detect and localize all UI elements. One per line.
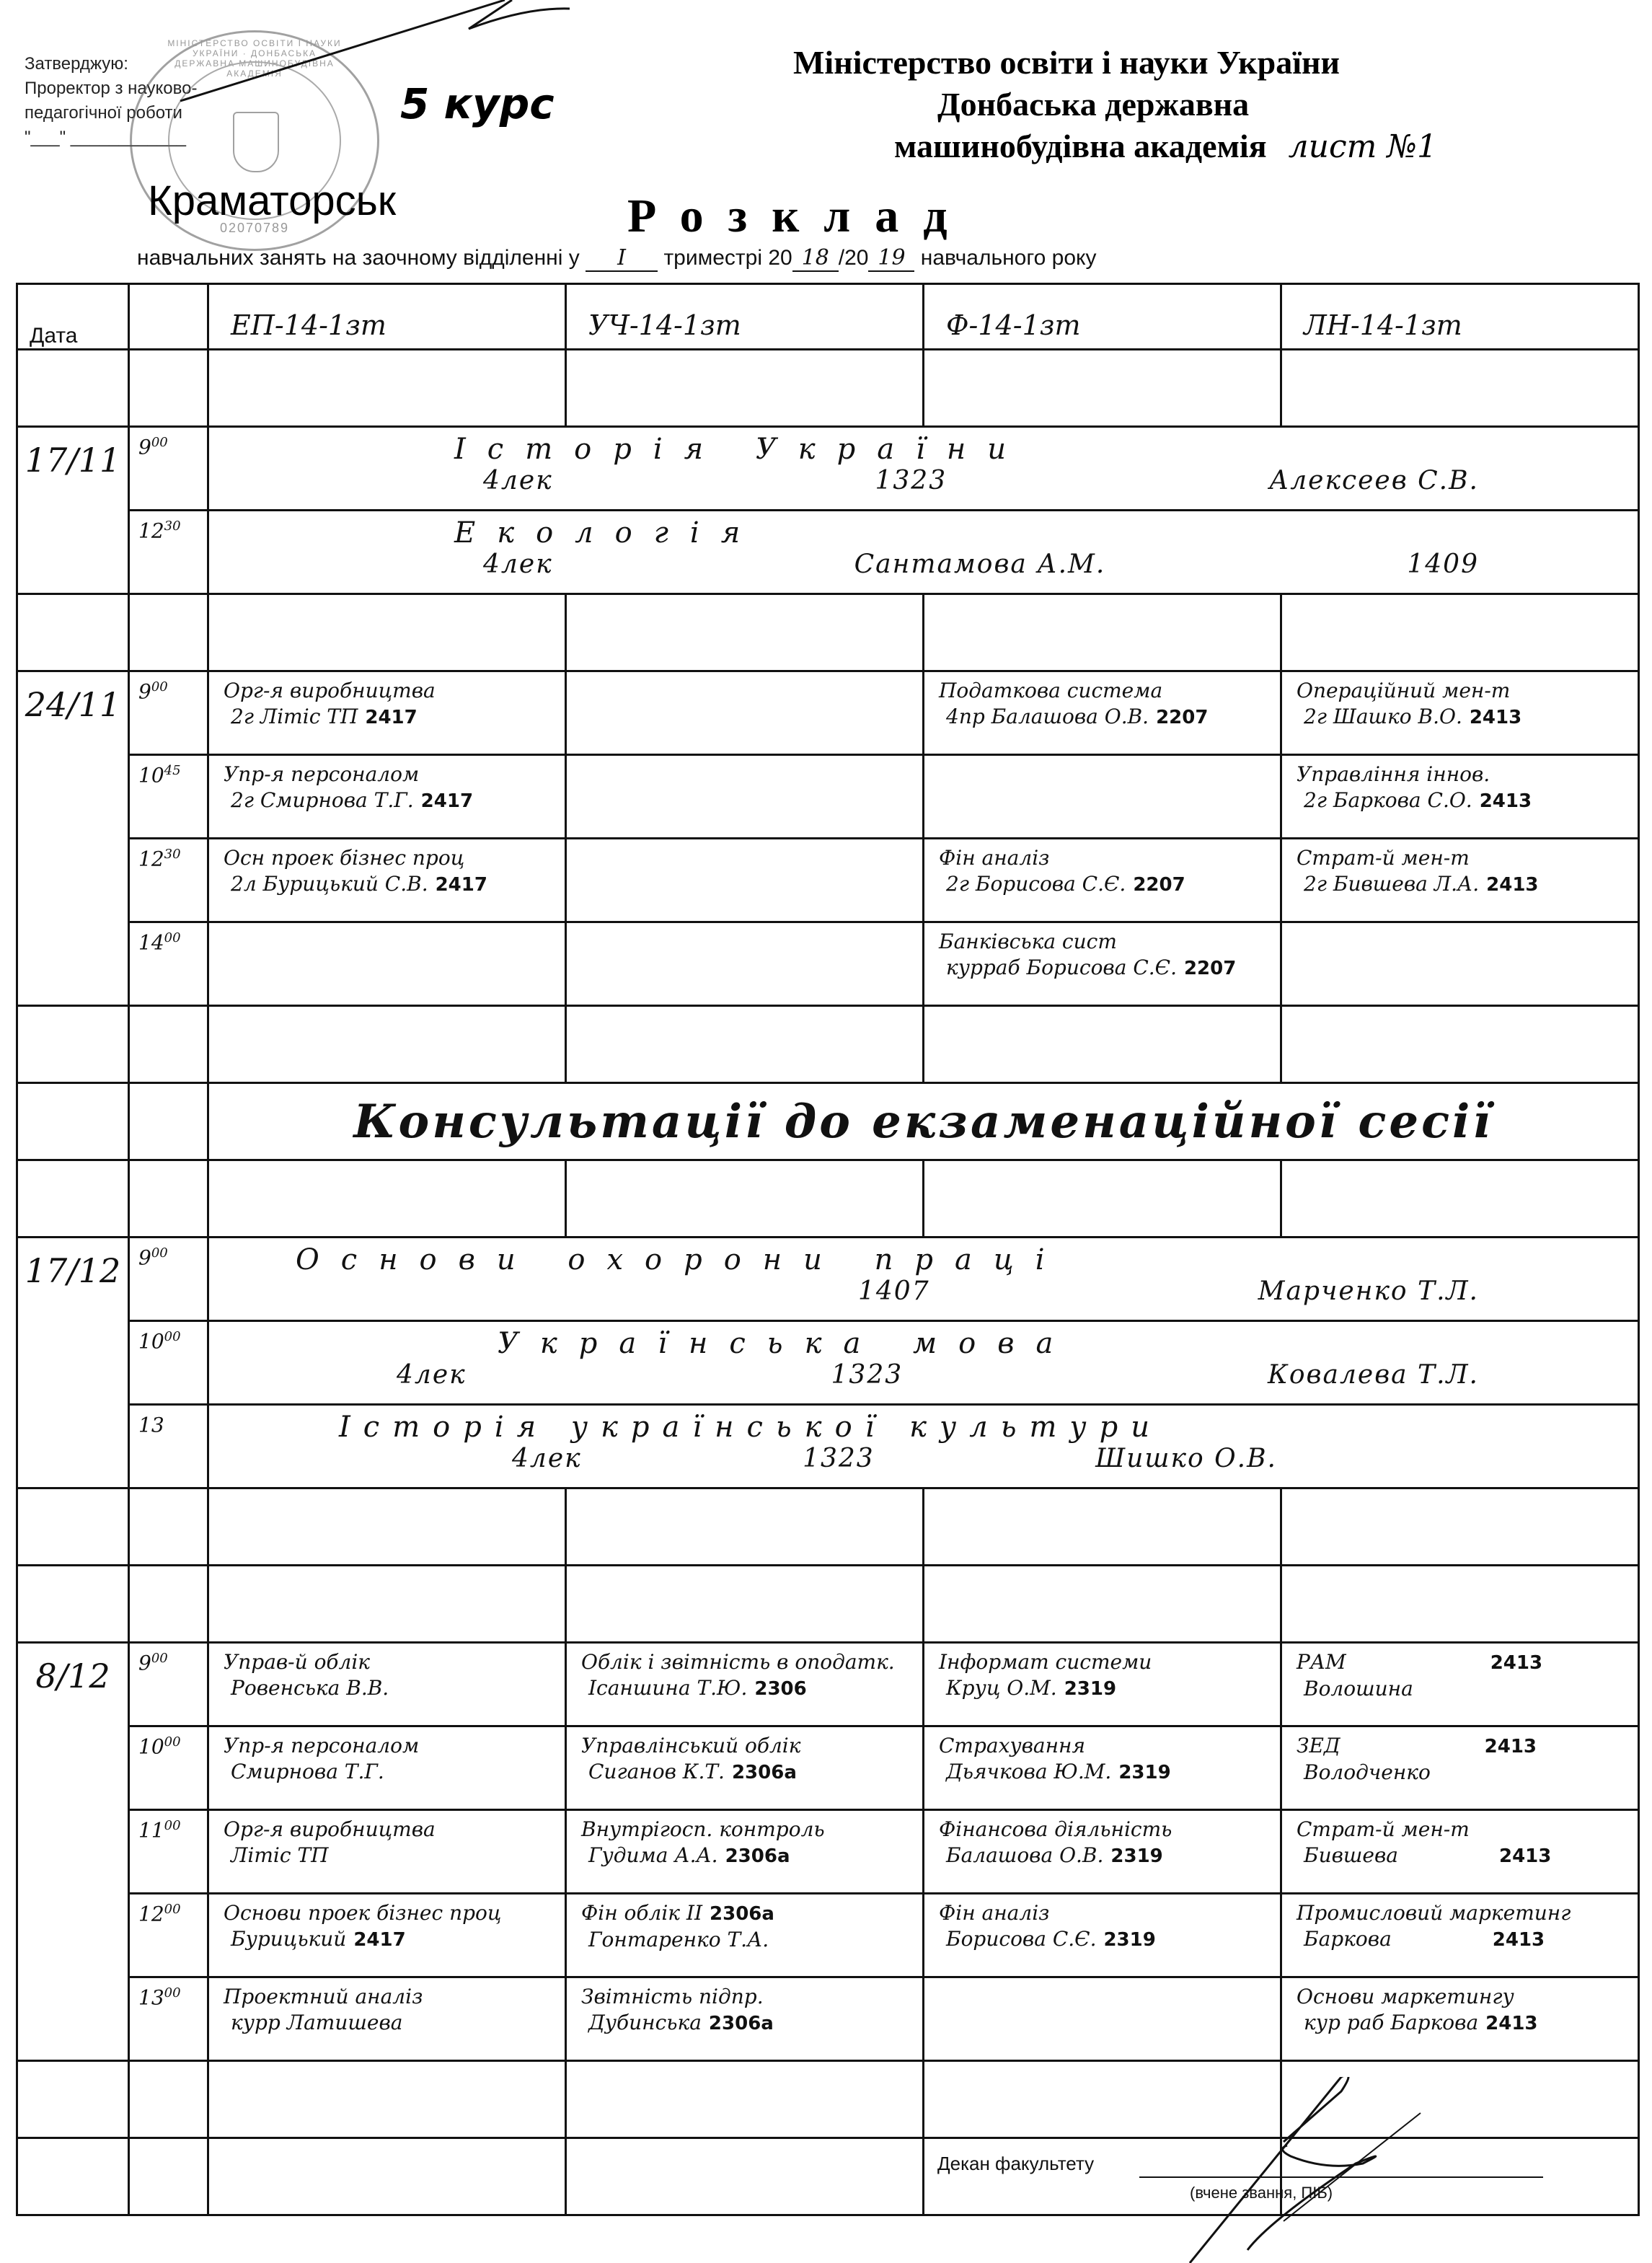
room-number: 2319: [1103, 1929, 1155, 1951]
class-cell: Управління іннов.2г Баркова С.О.2413: [1281, 755, 1639, 839]
time-minutes: 00: [164, 1818, 181, 1833]
room-number: 1323: [831, 1359, 904, 1391]
time-minutes: 30: [164, 519, 181, 534]
date-cell: 24/11: [17, 671, 129, 1006]
trimester-field: І: [586, 245, 658, 272]
subject-name: Упр-я персоналом: [224, 1733, 557, 1759]
room-number: 2306а: [725, 1845, 790, 1867]
time-cell: 1300: [129, 1977, 208, 2061]
teacher-name: курр Латишева: [224, 2010, 557, 2036]
teacher-name: Сиганов К.Т.: [588, 1760, 725, 1783]
subject-name: Історія української культури: [209, 1411, 1638, 1443]
date-value: 17/11: [18, 428, 128, 480]
table-row: 13 Історія української культури 4лек1323…: [17, 1405, 1639, 1488]
class-meta: Балашова О.В.2319: [939, 1843, 1273, 1869]
room-number: 2207: [1184, 958, 1236, 979]
time-cell: 1000: [129, 1726, 208, 1810]
subject-name: Управління іннов.: [1297, 762, 1630, 788]
dean-signature: [1183, 2077, 1442, 2263]
teacher-name: Ровенська В.В.: [231, 1676, 389, 1700]
teacher-name: Бившева: [1304, 1843, 1398, 1867]
room-number: 1323: [875, 465, 947, 497]
class-cell: [208, 922, 566, 1006]
table-row: 17/12 900 Основи охорони праці 1407Марче…: [17, 1238, 1639, 1321]
class-meta: Ісаншина Т.Ю.2306: [581, 1675, 915, 1702]
date-value: 17/12: [18, 1238, 128, 1290]
room-number: 2207: [1156, 707, 1208, 728]
time-column-header: [129, 284, 208, 350]
teacher-name: 2л Бурицький С.В.: [231, 872, 428, 896]
room-number: 2413: [1499, 1845, 1551, 1867]
teacher-name: Володченко: [1297, 1760, 1630, 1786]
table-row: 17/11 900 Історія України 4лек1323Алексе…: [17, 427, 1639, 511]
class-cell: Фінансова діяльністьБалашова О.В.2319: [924, 1810, 1281, 1894]
date-value: 8/12: [18, 1644, 128, 1695]
teacher-name: 2г Баркова С.О.: [1304, 788, 1472, 812]
course-note: 5 курс: [400, 79, 555, 128]
teacher-name: Борисова С.Є.: [946, 1927, 1096, 1951]
time-hour: 10: [138, 1734, 164, 1758]
time-hour: 9: [138, 1245, 151, 1269]
room-number: 2306а: [710, 1903, 774, 1925]
class-meta: Борисова С.Є.2319: [939, 1926, 1273, 1953]
subject-name: Облік і звітність в оподатк.: [581, 1649, 915, 1675]
institution-header: Міністерство освіти і науки України Донб…: [764, 42, 1485, 168]
subject-name: Фін аналіз: [939, 845, 1273, 871]
class-cell: [924, 1977, 1281, 2061]
room-number: 2417: [421, 790, 473, 812]
class-cell: Упр-я персоналомСмирнова Т.Г.: [208, 1726, 566, 1810]
table-row-empty: [17, 1566, 1639, 1643]
document-title: Розклад: [627, 189, 972, 244]
table-row-empty: [17, 350, 1639, 427]
table-row-empty: [17, 1488, 1639, 1566]
table-row: 1230 Екологія 4лекСантамова А.М.1409: [17, 511, 1639, 594]
time-hour: 12: [138, 847, 164, 870]
date-cell: 8/12: [17, 1643, 129, 2061]
class-cell: Осн проек бізнес проц2л Бурицький С.В.24…: [208, 839, 566, 922]
academy-name-line2-text: машинобудівна академія: [894, 128, 1267, 164]
time-cell: 900: [129, 671, 208, 755]
time-cell: 1230: [129, 839, 208, 922]
time-minutes: 00: [151, 1245, 168, 1261]
time-hour: 10: [138, 1329, 164, 1353]
class-cell: ЗЕД2413Володченко: [1281, 1726, 1639, 1810]
class-meta: 4пр Балашова О.В.2207: [939, 704, 1273, 731]
room-number: 2319: [1110, 1845, 1162, 1867]
table-row: 1045 Упр-я персоналом2г Смирнова Т.Г.241…: [17, 755, 1639, 839]
date-cell: 17/12: [17, 1238, 129, 1488]
teacher-name: Баркова: [1304, 1927, 1392, 1951]
subject-name: Екологія: [209, 517, 1638, 549]
lesson-type: 4лек: [397, 1359, 467, 1391]
time-cell: 1100: [129, 1810, 208, 1894]
time-cell: 1000: [129, 1321, 208, 1405]
teacher-name: Літіс ТП: [224, 1843, 557, 1869]
teacher-name: Дубинська: [588, 2011, 702, 2034]
year-end-field: 19: [868, 245, 914, 272]
subject-name: Страхування: [939, 1733, 1273, 1759]
subject-line: Фін облік ІІ2306а: [581, 1900, 915, 1927]
lesson-type: 4лек: [512, 1443, 582, 1475]
time-hour: 12: [138, 1902, 164, 1925]
teacher-name: Балашова О.В.: [946, 1843, 1103, 1867]
document-subtitle: навчальних занять на заочному відділенні…: [137, 245, 1096, 272]
class-cell: Облік і звітність в оподатк.Ісаншина Т.Ю…: [566, 1643, 924, 1726]
time-hour: 9: [138, 435, 151, 459]
class-meta: Дьячкова Ю.М.2319: [939, 1759, 1273, 1786]
time-minutes: 00: [164, 930, 181, 945]
lecture-cell: Екологія 4лекСантамова А.М.1409: [208, 511, 1639, 594]
time-minutes: 00: [164, 1985, 181, 2000]
subtitle-prefix: навчальних занять на заочному відділенні…: [137, 246, 580, 270]
table-row: 1400 Банківська систкурраб Борисова С.Є.…: [17, 922, 1639, 1006]
time-minutes: 45: [164, 763, 181, 778]
class-meta: Сиганов К.Т.2306а: [581, 1759, 915, 1786]
teacher-name: Марченко Т.Л.: [1258, 1276, 1479, 1307]
teacher-name: Шишко О.В.: [1095, 1443, 1277, 1475]
class-meta: 2г Шашко В.О.2413: [1297, 704, 1630, 731]
class-cell: РАМ2413Волошина: [1281, 1643, 1639, 1726]
teacher-name: 2г Шашко В.О.: [1304, 705, 1462, 728]
room-number: 2413: [1486, 874, 1538, 896]
subject-line: РАМ2413: [1297, 1649, 1630, 1676]
room-number: 2319: [1064, 1678, 1116, 1700]
subject-name: Проектний аналіз: [224, 1984, 557, 2010]
room-number: 2417: [436, 874, 487, 896]
subject-name: Страт-й мен-т: [1297, 845, 1630, 871]
class-cell: Основи проек бізнес процБурицький2417: [208, 1894, 566, 1977]
class-meta: 2г Бившева Л.А.2413: [1297, 871, 1630, 898]
teacher-name: Круц О.М.: [946, 1676, 1057, 1700]
room-number: 1409: [1407, 549, 1479, 581]
teacher-name: 4пр Балашова О.В.: [946, 705, 1149, 728]
time-cell: 13: [129, 1405, 208, 1488]
room-number: 2413: [1470, 707, 1521, 728]
class-meta: Ровенська В.В.: [224, 1675, 557, 1701]
class-cell: Основи маркетингукур раб Баркова2413: [1281, 1977, 1639, 2061]
teacher-name: Ковалева Т.Л.: [1268, 1359, 1479, 1391]
table-row: 1300 Проектний аналізкурр Латишева Звітн…: [17, 1977, 1639, 2061]
room-number: 2413: [1485, 2013, 1537, 2034]
table-row-empty: [17, 1160, 1639, 1238]
lecture-meta: 4лек1323Шишко О.В.: [209, 1443, 1638, 1475]
subject-name: Промисловий маркетинг: [1297, 1900, 1630, 1926]
sheet-note: лист №1: [1289, 128, 1437, 165]
group-header: ЕП-14-1зт: [208, 284, 566, 350]
subject-name: Банківська сист: [939, 929, 1273, 955]
class-meta: кур раб Баркова2413: [1297, 2010, 1630, 2037]
subject-name: Історія України: [209, 433, 1638, 465]
academy-name-line2: машинобудівна академіялист №1: [764, 125, 1485, 168]
class-cell: Орг-я виробництва2г Літіс ТП2417: [208, 671, 566, 755]
class-meta: Гудима А.А.2306а: [581, 1843, 915, 1869]
table-row-empty: [17, 1006, 1639, 1083]
time-hour: 13: [138, 1413, 164, 1437]
teacher-name: 2г Смирнова Т.Г.: [231, 788, 414, 812]
academy-name-line1: Донбаська державна: [764, 84, 1485, 125]
teacher-name: курраб Борисова С.Є.: [946, 956, 1177, 979]
subject-name: Українська мова: [209, 1328, 1638, 1359]
time-cell: 1200: [129, 1894, 208, 1977]
subject-name: Операційний мен-т: [1297, 678, 1630, 704]
class-meta: Круц О.М.2319: [939, 1675, 1273, 1702]
teacher-name: 2г Бившева Л.А.: [1304, 872, 1479, 896]
room-number: 2417: [353, 1929, 405, 1951]
date-column-header: Дата: [17, 284, 129, 350]
class-cell: Орг-я виробництваЛітіс ТП: [208, 1810, 566, 1894]
lecture-cell: Історія України 4лек1323Алексеев С.В.: [208, 427, 1639, 511]
class-cell: [1281, 922, 1639, 1006]
subject-name: Орг-я виробництва: [224, 678, 557, 704]
lecture-meta: 4лекСантамова А.М.1409: [209, 549, 1638, 581]
table-row: 1000 Упр-я персоналомСмирнова Т.Г. Управ…: [17, 1726, 1639, 1810]
room-number: 2306: [754, 1678, 806, 1700]
time-cell: 900: [129, 427, 208, 511]
teacher-name: Дьячкова Ю.М.: [946, 1760, 1111, 1783]
table-row: 1230 Осн проек бізнес проц2л Бурицький С…: [17, 839, 1639, 922]
lecture-cell: Основи охорони праці 1407Марченко Т.Л.: [208, 1238, 1639, 1321]
time-hour: 13: [138, 1985, 164, 2009]
room-number: 2417: [365, 707, 417, 728]
city-name: Краматорськ: [148, 177, 396, 225]
class-cell: [566, 755, 924, 839]
group-header: Ф-14-1зт: [924, 284, 1281, 350]
subject-name: Податкова система: [939, 678, 1273, 704]
class-meta: 2г Смирнова Т.Г.2417: [224, 788, 557, 814]
time-hour: 9: [138, 1651, 151, 1675]
time-cell: 1400: [129, 922, 208, 1006]
subject-name: Основи охорони праці: [209, 1244, 1638, 1276]
class-cell: Внутрігосп. контрольГудима А.А.2306а: [566, 1810, 924, 1894]
class-cell: Промисловий маркетингБаркова2413: [1281, 1894, 1639, 1977]
table-row: 1200 Основи проек бізнес процБурицький24…: [17, 1894, 1639, 1977]
time-cell: 1045: [129, 755, 208, 839]
lecture-meta: 4лек1323Ковалева Т.Л.: [209, 1359, 1638, 1391]
class-cell: Проектний аналізкурр Латишева: [208, 1977, 566, 2061]
time-cell: 900: [129, 1238, 208, 1321]
class-meta: 2г Борисова С.Є.2207: [939, 871, 1273, 898]
room-number: 2319: [1118, 1762, 1170, 1783]
room-number: 2207: [1133, 874, 1185, 896]
class-cell: Управ-й облікРовенська В.В.: [208, 1643, 566, 1726]
lesson-type: 4лек: [483, 465, 553, 497]
room-number: 2306а: [709, 2013, 774, 2034]
class-cell: [566, 922, 924, 1006]
room-number: 1323: [803, 1443, 875, 1475]
lecture-cell: Історія української культури 4лек1323Шиш…: [208, 1405, 1639, 1488]
table-row: 8/12 900 Управ-й облікРовенська В.В. Обл…: [17, 1643, 1639, 1726]
subject-name: Інформат системи: [939, 1649, 1273, 1675]
date-cell: 17/11: [17, 427, 129, 594]
class-cell: Фін облік ІІ2306аГонтаренко Т.А.: [566, 1894, 924, 1977]
class-cell: СтрахуванняДьячкова Ю.М.2319: [924, 1726, 1281, 1810]
subject-name: Осн проек бізнес проц: [224, 845, 557, 871]
group-header: ЛН-14-1зт: [1281, 284, 1639, 350]
teacher-name: Алексеев С.В.: [1269, 465, 1479, 497]
teacher-name: 2г Літіс ТП: [231, 705, 358, 728]
class-cell: Страт-й мен-тБившева2413: [1281, 1810, 1639, 1894]
room-number: 2413: [1490, 1652, 1542, 1674]
lesson-type: 4лек: [483, 549, 553, 581]
teacher-name: Гонтаренко Т.А.: [581, 1927, 915, 1953]
class-cell: [566, 839, 924, 922]
subject-name: РАМ: [1297, 1650, 1346, 1674]
class-cell: Банківська систкурраб Борисова С.Є.2207: [924, 922, 1281, 1006]
teacher-name: Ісаншина Т.Ю.: [588, 1676, 747, 1700]
subject-name: Фін аналіз: [939, 1900, 1273, 1926]
schedule-table: Дата ЕП-14-1зт УЧ-14-1зт Ф-14-1зт ЛН-14-…: [16, 283, 1640, 2216]
time-cell: 1230: [129, 511, 208, 594]
subtitle-middle: триместрі 20: [663, 246, 792, 270]
time-minutes: 00: [151, 679, 168, 694]
time-minutes: 00: [164, 1734, 181, 1750]
subject-name: Упр-я персоналом: [224, 762, 557, 788]
class-meta: курраб Борисова С.Є.2207: [939, 955, 1273, 981]
subtitle-sep: /20: [839, 246, 869, 270]
subject-name: ЗЕД: [1297, 1734, 1340, 1757]
time-minutes: 30: [164, 847, 181, 862]
teacher-name: Бурицький: [231, 1927, 346, 1951]
subject-name: Фін облік ІІ: [581, 1901, 702, 1925]
subject-name: Управ-й облік: [224, 1649, 557, 1675]
subject-name: Звітність підпр.: [581, 1984, 915, 2010]
teacher-name: Волошина: [1297, 1676, 1630, 1702]
class-meta: Баркова2413: [1297, 1926, 1630, 1953]
class-cell: [566, 671, 924, 755]
class-meta: 2г Баркова С.О.2413: [1297, 788, 1630, 814]
year-start-field: 18: [792, 245, 839, 272]
subject-name: Управлінський облік: [581, 1733, 915, 1759]
teacher-name: Гудима А.А.: [588, 1843, 718, 1867]
class-meta: Дубинська2306а: [581, 2010, 915, 2037]
time-hour: 11: [138, 1818, 164, 1842]
time-hour: 10: [138, 763, 164, 787]
subject-name: Орг-я виробництва: [224, 1817, 557, 1843]
room-number: 2413: [1485, 1736, 1537, 1757]
time-hour: 12: [138, 519, 164, 542]
class-meta: Бурицький2417: [224, 1926, 557, 1953]
subtitle-suffix: навчального року: [921, 246, 1097, 270]
subject-name: Фінансова діяльність: [939, 1817, 1273, 1843]
time-cell: 900: [129, 1643, 208, 1726]
class-meta: 2г Літіс ТП2417: [224, 704, 557, 731]
subject-name: Основи маркетингу: [1297, 1984, 1630, 2010]
room-number: 1407: [858, 1276, 930, 1307]
trident-emblem-icon: [233, 112, 279, 172]
teacher-name: Смирнова Т.Г.: [224, 1759, 557, 1785]
room-number: 2413: [1493, 1929, 1545, 1951]
time-hour: 9: [138, 679, 151, 703]
time-minutes: 00: [151, 435, 168, 450]
class-cell: Фін аналізБорисова С.Є.2319: [924, 1894, 1281, 1977]
class-cell: Упр-я персоналом2г Смирнова Т.Г.2417: [208, 755, 566, 839]
table-row-empty: [17, 594, 1639, 671]
group-header: УЧ-14-1зт: [566, 284, 924, 350]
room-number: 2306а: [732, 1762, 797, 1783]
class-cell: Податкова система4пр Балашова О.В.2207: [924, 671, 1281, 755]
class-cell: Операційний мен-т2г Шашко В.О.2413: [1281, 671, 1639, 755]
subject-line: ЗЕД2413: [1297, 1733, 1630, 1760]
subject-name: Страт-й мен-т: [1297, 1817, 1630, 1843]
time-minutes: 00: [164, 1902, 181, 1917]
lecture-cell: Українська мова 4лек1323Ковалева Т.Л.: [208, 1321, 1639, 1405]
table-row: 24/11 900 Орг-я виробництва2г Літіс ТП24…: [17, 671, 1639, 755]
dean-label: Декан факультету: [937, 2153, 1094, 2175]
table-row: 1100 Орг-я виробництваЛітіс ТП Внутрігос…: [17, 1810, 1639, 1894]
ministry-name: Міністерство освіти і науки України: [764, 42, 1485, 84]
subject-name: Основи проек бізнес проц: [224, 1900, 557, 1926]
class-meta: 2л Бурицький С.В.2417: [224, 871, 557, 898]
time-minutes: 00: [151, 1651, 168, 1666]
class-cell: [924, 755, 1281, 839]
teacher-name: Сантамова А.М.: [854, 549, 1106, 581]
class-cell: Страт-й мен-т2г Бившева Л.А.2413: [1281, 839, 1639, 922]
time-hour: 14: [138, 930, 164, 954]
class-meta: Бившева2413: [1297, 1843, 1630, 1869]
subject-name: Внутрігосп. контроль: [581, 1817, 915, 1843]
class-cell: Звітність підпр.Дубинська2306а: [566, 1977, 924, 2061]
room-number: 2413: [1480, 790, 1532, 812]
lecture-meta: 4лек1323Алексеев С.В.: [209, 465, 1638, 497]
date-value: 24/11: [18, 672, 128, 724]
table-row: 1000 Українська мова 4лек1323Ковалева Т.…: [17, 1321, 1639, 1405]
teacher-name: 2г Борисова С.Є.: [946, 872, 1126, 896]
time-minutes: 00: [164, 1329, 181, 1344]
class-cell: Фін аналіз2г Борисова С.Є.2207: [924, 839, 1281, 922]
consultations-banner: Консультації до екзаменаційної сесії: [208, 1083, 1639, 1160]
class-cell: Управлінський облікСиганов К.Т.2306а: [566, 1726, 924, 1810]
class-cell: Інформат системиКруц О.М.2319: [924, 1643, 1281, 1726]
lecture-meta: 1407Марченко Т.Л.: [209, 1276, 1638, 1307]
teacher-name: кур раб Баркова: [1304, 2011, 1478, 2034]
table-header-row: Дата ЕП-14-1зт УЧ-14-1зт Ф-14-1зт ЛН-14-…: [17, 284, 1639, 350]
banner-row: Консультації до екзаменаційної сесії: [17, 1083, 1639, 1160]
